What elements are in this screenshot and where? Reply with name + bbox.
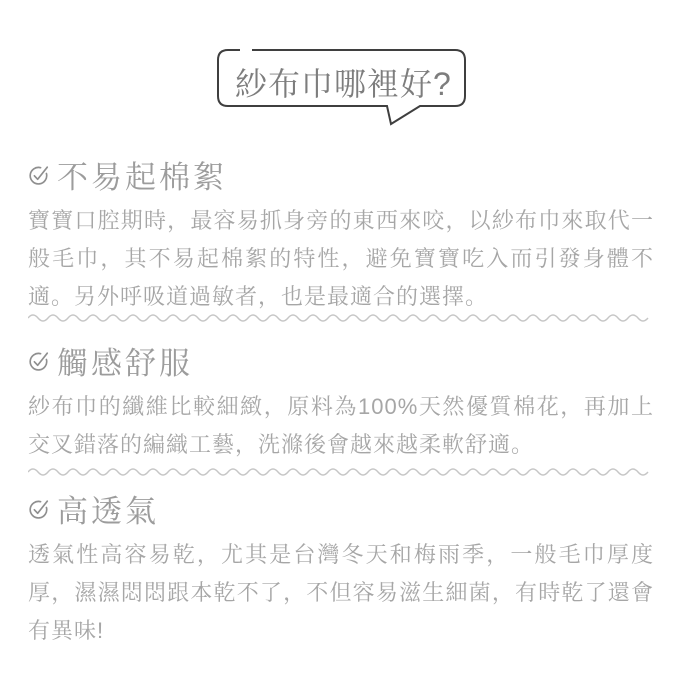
section-breathable: 高透氣 透氣性高容易乾，尤其是台灣冬天和梅雨季，一般毛巾厚度厚，濕濕悶悶跟本乾不… [28,488,654,650]
section-heading-row: 高透氣 [28,488,654,528]
section-heading: 高透氣 [57,486,159,531]
section-heading-row: 不易起棉絮 [28,154,654,194]
section-lint-free: 不易起棉絮 寶寶口腔期時，最容易抓身旁的東西來咬，以紗布巾來取代一般毛巾，其不易… [28,154,654,316]
title-speech-bubble: 紗布巾哪裡好? [216,46,468,130]
section-body: 透氣性高容易乾，尤其是台灣冬天和梅雨季，一般毛巾厚度厚，濕濕悶悶跟本乾不了，不但… [28,536,654,650]
section-heading-row: 觸感舒服 [28,340,654,380]
section-body: 紗布巾的纖維比較細緻，原料為100%天然優質棉花，再加上交叉錯落的編織工藝，洗滌… [28,388,654,464]
page-title: 紗布巾哪裡好? [235,59,452,105]
check-circle-icon [28,349,50,371]
check-circle-icon [28,497,50,519]
infographic-page: 紗布巾哪裡好? 不易起棉絮 寶寶口腔期時，最容易抓身旁的東西來咬，以紗布巾來取代… [0,0,680,680]
section-heading: 不易起棉絮 [57,152,227,197]
section-soft-touch: 觸感舒服 紗布巾的纖維比較細緻，原料為100%天然優質棉花，再加上交叉錯落的編織… [28,340,654,464]
check-circle-icon [28,163,50,185]
section-body: 寶寶口腔期時，最容易抓身旁的東西來咬，以紗布巾來取代一般毛巾，其不易起棉絮的特性… [28,202,654,316]
wavy-divider [28,312,652,324]
wavy-divider [28,466,652,478]
section-heading: 觸感舒服 [57,338,193,383]
